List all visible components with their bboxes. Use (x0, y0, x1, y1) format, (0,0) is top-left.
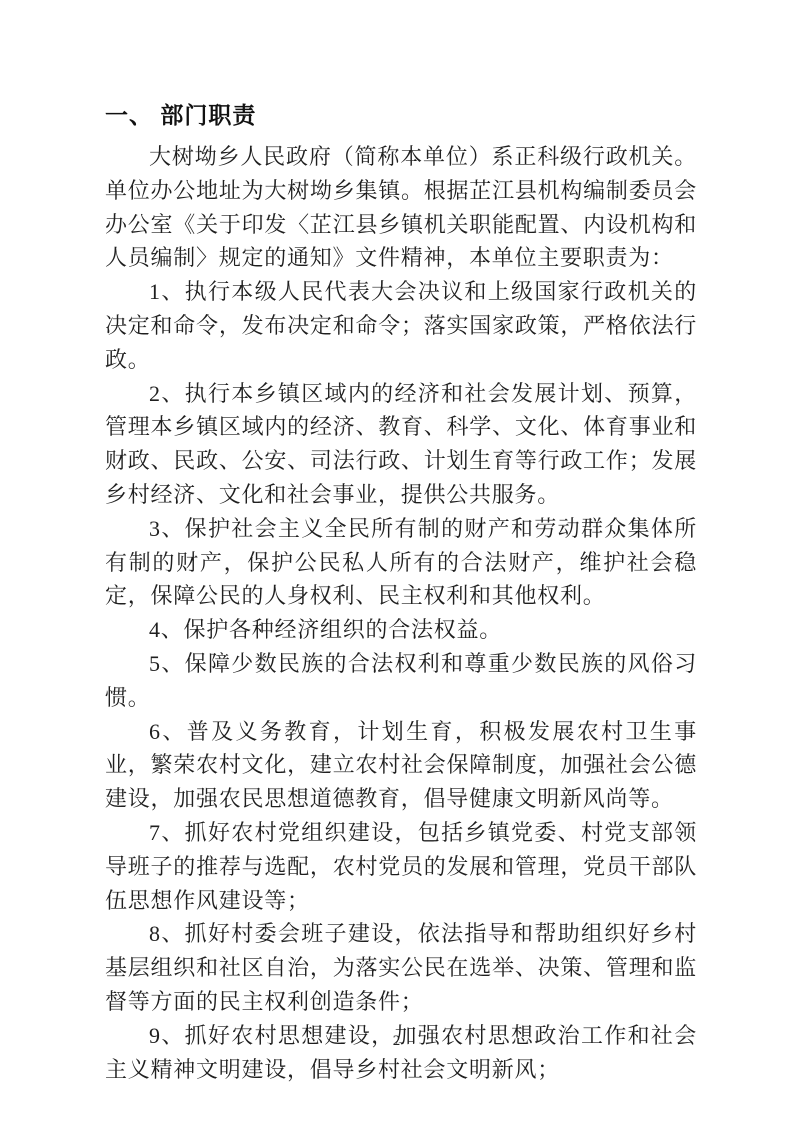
duty-item-1: 1、执行本级人民代表大会决议和上级国家行政机关的决定和命令，发布决定和命令；落实… (105, 275, 697, 376)
duty-item-9: 9、抓好农村思想建设，加强农村思想政治工作和社会主义精神文明建设，倡导乡村社会文… (105, 1019, 697, 1087)
page-number: 2 (0, 1033, 793, 1050)
intro-paragraph: 大树坳乡人民政府（简称本单位）系正科级行政机关。单位办公地址为大树坳乡集镇。根据… (105, 140, 697, 275)
duty-item-7: 7、抓好农村党组织建设，包括乡镇党委、村党支部领导班子的推荐与选配，农村党员的发… (105, 816, 697, 917)
duty-item-6: 6、普及义务教育，计划生育，积极发展农村卫生事业，繁荣农村文化，建立农村社会保障… (105, 715, 697, 816)
duty-item-8: 8、抓好村委会班子建设，依法指导和帮助组织好乡村基层组织和社区自治，为落实公民在… (105, 917, 697, 1018)
section-heading: 一、 部门职责 (105, 100, 697, 130)
duty-item-2: 2、执行本乡镇区域内的经济和社会发展计划、预算，管理本乡镇区域内的经济、教育、科… (105, 377, 697, 512)
duty-item-5: 5、保障少数民族的合法权利和尊重少数民族的风俗习惯。 (105, 647, 697, 715)
document-body: 一、 部门职责 大树坳乡人民政府（简称本单位）系正科级行政机关。单位办公地址为大… (105, 100, 697, 1086)
duty-item-3: 3、保护社会主义全民所有制的财产和劳动群众集体所有制的财产，保护公民私人所有的合… (105, 512, 697, 613)
duty-item-4: 4、保护各种经济组织的合法权益。 (105, 613, 697, 647)
document-page: 一、 部门职责 大树坳乡人民政府（简称本单位）系正科级行政机关。单位办公地址为大… (0, 0, 793, 1122)
